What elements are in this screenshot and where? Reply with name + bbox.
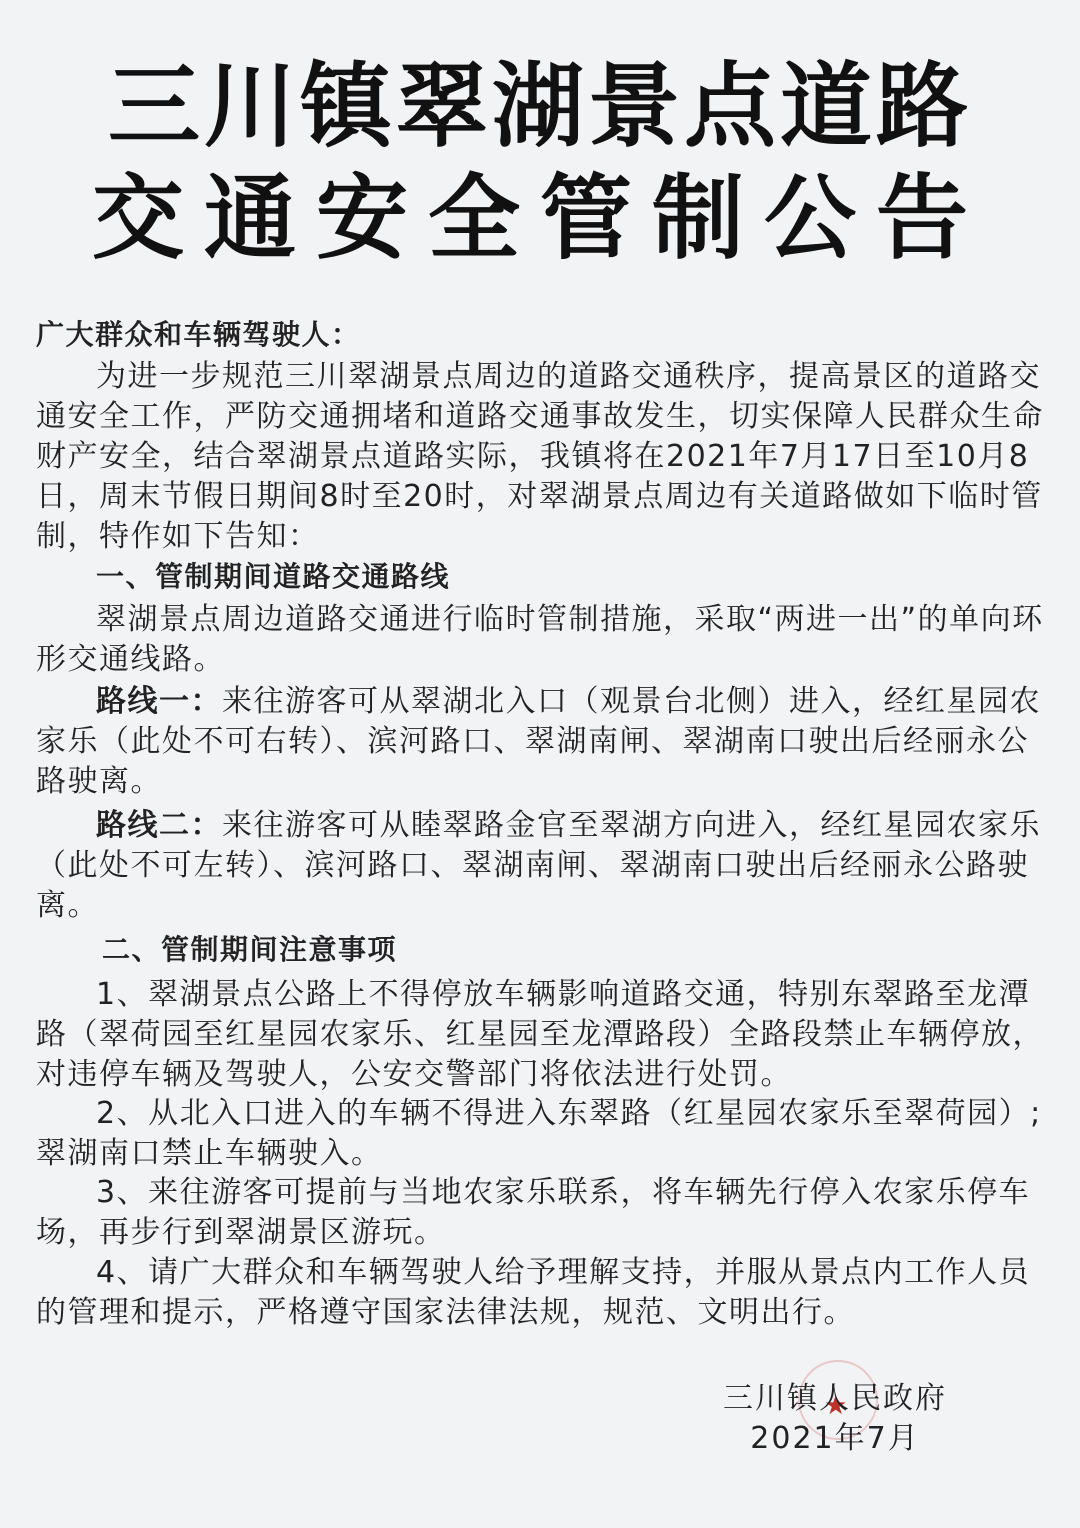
notice-title-line-2: 交通安全管制公告 — [0, 164, 1080, 274]
section-1-text: 翠湖景点周边道路交通进行临时管制措施，采取“两进一出”的单向环形交通线路。 — [36, 600, 1048, 680]
notice-item-4: 4、请广大群众和车辆驾驶人给予理解支持，并服从景点内工作人员的管理和提示，严格遵… — [36, 1253, 1048, 1333]
intro-paragraph: 为进一步规范三川翠湖景点周边的道路交通秩序，提高景区的道路交通安全工作，严防交通… — [36, 357, 1048, 557]
route-1-label: 路线一： — [96, 684, 222, 719]
signature-date: 2021年7月 — [700, 1413, 970, 1457]
salutation: 广大群众和车辆驾驶人： — [36, 315, 1048, 355]
notice-item-2: 2、从北入口进入的车辆不得进入东翠路（红星园农家乐至翠荷园）;翠湖南口禁止车辆驶… — [36, 1094, 1048, 1174]
notice-title-line-1: 三川镇翠湖景点道路 — [0, 52, 1080, 162]
signature-org: 三川镇人民政府 — [700, 1373, 970, 1417]
notice-item-3: 3、来往游客可提前与当地农家乐联系，将车辆先行停入农家乐停车场，再步行到翠湖景区… — [36, 1173, 1048, 1253]
notice-item-1: 1、翠湖景点公路上不得停放车辆影响道路交通，特别东翠路至龙潭路（翠荷园至红星园农… — [36, 975, 1048, 1095]
section-1-heading: 一、管制期间道路交通路线 — [36, 557, 1080, 597]
route-2-paragraph: 路线二：来往游客可从睦翠路金官至翠湖方向进入，经红星园农家乐（此处不可左转）、滨… — [36, 806, 1048, 926]
section-2-heading: 二、管制期间注意事项 — [36, 930, 1080, 970]
route-2-label: 路线二： — [96, 808, 222, 843]
route-1-paragraph: 路线一：来往游客可从翠湖北入口（观景台北侧）进入，经红星园农家乐（此处不可右转）… — [36, 682, 1048, 802]
